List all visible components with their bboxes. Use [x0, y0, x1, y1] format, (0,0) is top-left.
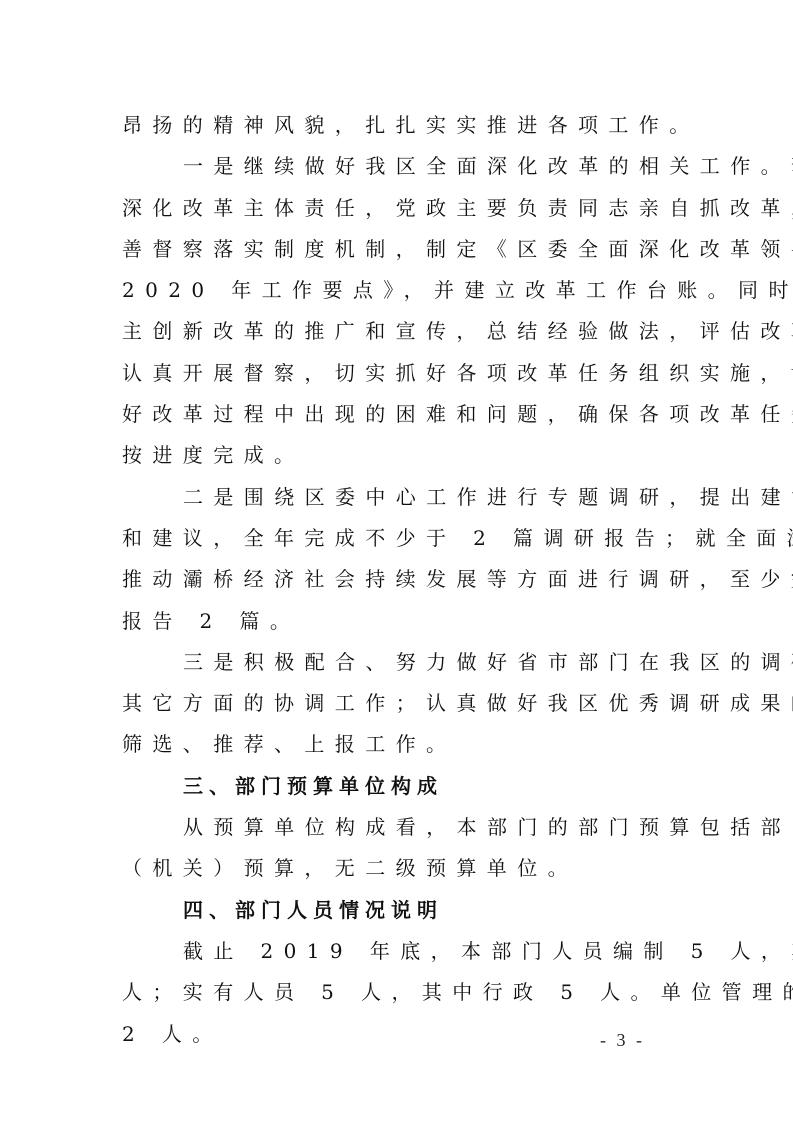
text-line: 和建议，全年完成不少于 2 篇调研报告；就全面深化改革， [122, 518, 678, 559]
text-line: 认真开展督察，切实抓好各项改革任务组织实施，协调处理 [122, 353, 678, 394]
paragraph-item-3-start: 三是积极配合、努力做好省市部门在我区的调研工作和 [122, 642, 678, 683]
text-line: 按进度完成。 [122, 435, 678, 476]
text-line: 好改革过程中出现的困难和问题，确保各项改革任务按时间 [122, 394, 678, 435]
text-line: 昂扬的精神风貌，扎扎实实推进各项工作。 [122, 105, 678, 146]
text-line: 主创新改革的推广和宣传，总结经验做法，评估改革成效。 [122, 311, 678, 352]
paragraph-budget-units-start: 从预算单位构成看，本部门的部门预算包括部门本级 [122, 807, 678, 848]
text-line: 筛选、推荐、上报工作。 [122, 724, 678, 765]
text-line: 其它方面的协调工作；认真做好我区优秀调研成果的征集、 [122, 683, 678, 724]
text-line: 报告 2 篇。 [122, 601, 678, 642]
text-line: （机关）预算，无二级预算单位。 [122, 848, 678, 889]
section-heading-staffing: 四、部门人员情况说明 [122, 890, 678, 931]
text-line: 推动灞桥经济社会持续发展等方面进行调研，至少完成调研 [122, 559, 678, 600]
text-line: 深化改革主体责任，党政主要负责同志亲自抓改革，建立完 [122, 188, 678, 229]
text-line: 善督察落实制度机制，制定《区委全面深化改革领导小组 [122, 229, 678, 270]
text-line: 人；实有人员 5 人，其中行政 5 人。单位管理的离退休人员 [122, 972, 678, 1013]
paragraph-item-1-start: 一是继续做好我区全面深化改革的相关工作。落实全面 [122, 146, 678, 187]
text-line: 2 人。 [122, 1014, 678, 1055]
document-body: 昂扬的精神风貌，扎扎实实推进各项工作。 一是继续做好我区全面深化改革的相关工作。… [122, 105, 678, 1055]
paragraph-staffing-start: 截止 2019 年底，本部门人员编制 5 人，其中行政编制 5 [122, 931, 678, 972]
section-heading-budget-units: 三、部门预算单位构成 [122, 766, 678, 807]
text-line: 2020 年工作要点》，并建立改革工作台账。同时做好我区自 [122, 270, 678, 311]
page-number: - 3 - [600, 1030, 645, 1051]
paragraph-item-2-start: 二是围绕区委中心工作进行专题调研，提出建设性意见 [122, 477, 678, 518]
